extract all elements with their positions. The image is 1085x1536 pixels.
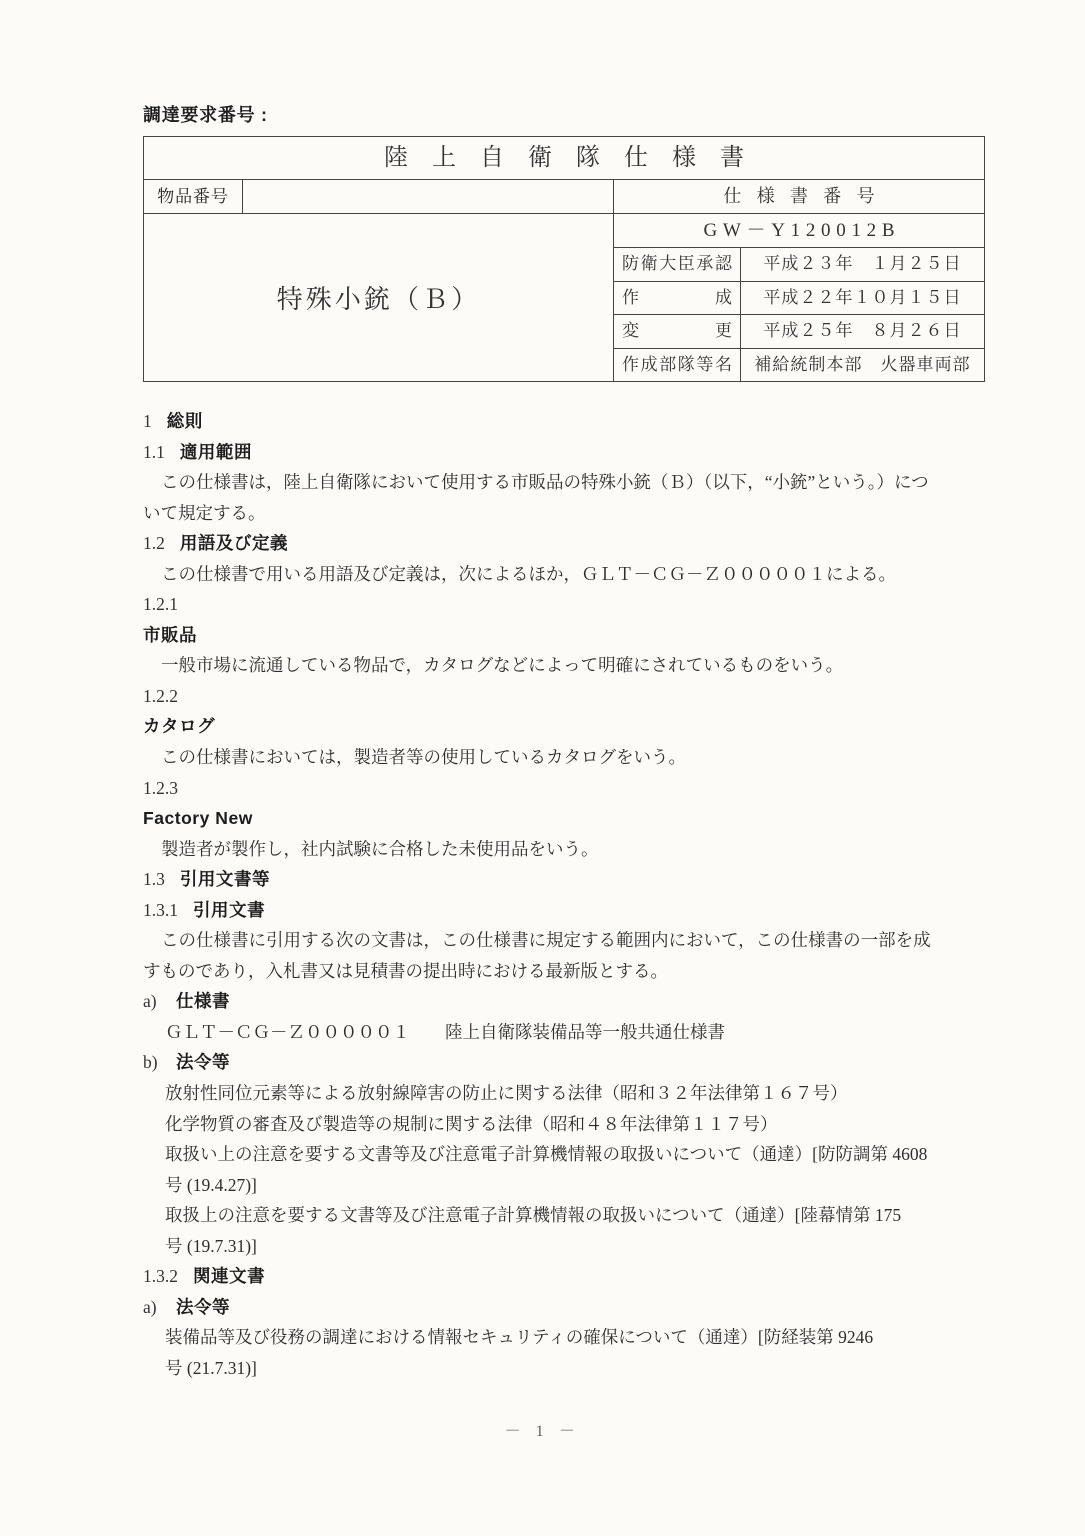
section-title: 用語及び定義 — [180, 533, 288, 553]
section-number: 1.2.3 — [143, 778, 178, 798]
reference-line: 号 (19.4.27)] — [143, 1170, 998, 1201]
document-title: 陸上自衛隊仕様書 — [144, 137, 984, 180]
section-title: 引用文書等 — [180, 869, 270, 889]
table-row-changed: 変更 平成２５年 ８月２６日 — [614, 315, 984, 349]
list-item-a-heading: a)仕様書 — [143, 986, 998, 1017]
section-number: 1.2.1 — [143, 594, 178, 614]
changed-label: 変更 — [614, 315, 741, 348]
reference-line: 装備品等及び役務の調達における情報セキュリティの確保について（通達）[防経装第 … — [143, 1322, 998, 1353]
section-heading-1-1: 1.1適用範囲 — [143, 437, 998, 468]
reference-line: 放射性同位元素等による放射線障害の防止に関する法律（昭和３２年法律第１６７号） — [143, 1078, 998, 1109]
section-number: 1.2.2 — [143, 686, 178, 706]
procurement-request-label: 調達要求番号 : — [143, 102, 1085, 128]
approval-label: 防衛大臣承認 — [614, 248, 741, 281]
table-row-created: 作成 平成２２年１０月１５日 — [614, 282, 984, 316]
spec-table-left: 物品番号 特殊小銃（Ｂ） — [144, 180, 614, 381]
body-line: この仕様書は，陸上自衛隊において使用する市販品の特殊小銃（Ｂ）（以下，“小銃”と… — [143, 467, 998, 498]
page-number: － 1 － — [0, 1418, 1085, 1441]
reference-line: 取扱上の注意を要する文書等及び注意電子計算機情報の取扱いについて（通達）[陸幕情… — [143, 1200, 998, 1231]
spec-header-table: 陸上自衛隊仕様書 物品番号 特殊小銃（Ｂ） 仕様書番号 GW－Y120012B … — [143, 136, 985, 382]
term-title: 市販品 — [143, 625, 197, 645]
spec-table-body: 物品番号 特殊小銃（Ｂ） 仕様書番号 GW－Y120012B 防衛大臣承認 平成… — [144, 180, 984, 381]
section-heading-1-2: 1.2用語及び定義 — [143, 528, 998, 559]
section-number-1-2-3: 1.2.3 — [143, 773, 998, 804]
list-marker: b) — [143, 1047, 176, 1078]
reference-line: 号 (21.7.31)] — [143, 1353, 998, 1384]
reference-line: 号 (19.7.31)] — [143, 1231, 998, 1262]
body-line: 製造者が製作し，社内試験に合格した未使用品をいう。 — [143, 834, 998, 865]
section-number-1-2-1: 1.2.1 — [143, 589, 998, 620]
body-line: いて規定する。 — [143, 498, 998, 529]
reference-line: 取扱い上の注意を要する文書等及び注意電子計算機情報の取扱いについて（通達）[防防… — [143, 1139, 998, 1170]
changed-date: 平成２５年 ８月２６日 — [741, 315, 984, 348]
section-heading-1: 1総則 — [143, 406, 998, 437]
section-title: 引用文書 — [193, 900, 265, 920]
section-heading-1-3: 1.3引用文書等 — [143, 864, 998, 895]
document-body: 1総則 1.1適用範囲 この仕様書は，陸上自衛隊において使用する市販品の特殊小銃… — [143, 406, 998, 1384]
table-row-unit: 作成部隊等名 補給統制本部 火器車両部 — [614, 349, 984, 382]
section-number: 1.1 — [143, 442, 165, 462]
term-heading: Factory New — [143, 803, 998, 834]
spec-table-right: 仕様書番号 GW－Y120012B 防衛大臣承認 平成２３年 １月２５日 作成 … — [614, 180, 984, 381]
section-number: 1.3 — [143, 869, 165, 889]
section-heading-1-3-1: 1.3.1引用文書 — [143, 895, 998, 926]
reference-line: 化学物質の審査及び製造等の規制に関する法律（昭和４８年法律第１１７号） — [143, 1109, 998, 1140]
section-title: 関連文書 — [193, 1266, 265, 1286]
body-line: この仕様書で用いる用語及び定義は，次によるほか，ＧＬＴ－ＣＧ－Ｚ０００００１によ… — [143, 559, 998, 590]
term-heading: カタログ — [143, 711, 998, 742]
item-number-label: 物品番号 — [144, 180, 243, 213]
item-number-row: 物品番号 — [144, 180, 613, 214]
table-row-approval: 防衛大臣承認 平成２３年 １月２５日 — [614, 248, 984, 282]
section-number: 1.3.1 — [143, 900, 178, 920]
reference-line: ＧＬＴ－ＣＧ－Ｚ０００００１ 陸上自衛隊装備品等一般共通仕様書 — [143, 1017, 998, 1048]
list-item-b-heading: b)法令等 — [143, 1047, 998, 1078]
unit-label: 作成部隊等名 — [614, 349, 741, 382]
list-marker: a) — [143, 986, 176, 1017]
term-heading: 市販品 — [143, 620, 998, 651]
body-line: すものであり，入札書又は見積書の提出時における最新版とする。 — [143, 956, 998, 987]
list-title: 法令等 — [176, 1297, 230, 1317]
body-line: この仕様書においては，製造者等の使用しているカタログをいう。 — [143, 742, 998, 773]
list-title: 法令等 — [176, 1052, 230, 1072]
spec-number-label: 仕様書番号 — [614, 180, 984, 214]
section-title: 総則 — [167, 411, 203, 431]
spec-number-value: GW－Y120012B — [614, 214, 984, 248]
unit-name: 補給統制本部 火器車両部 — [741, 349, 984, 382]
created-date: 平成２２年１０月１５日 — [741, 282, 984, 315]
body-line: 一般市場に流通している物品で，カタログなどによって明確にされているものをいう。 — [143, 650, 998, 681]
list-item-a-heading: a)法令等 — [143, 1292, 998, 1323]
created-label: 作成 — [614, 282, 741, 315]
list-marker: a) — [143, 1292, 176, 1323]
term-title: カタログ — [143, 716, 215, 736]
term-title: Factory New — [143, 808, 253, 828]
section-heading-1-3-2: 1.3.2関連文書 — [143, 1261, 998, 1292]
section-number: 1.3.2 — [143, 1266, 178, 1286]
item-number-value — [243, 180, 613, 213]
body-line: この仕様書に引用する次の文書は，この仕様書に規定する範囲内において，この仕様書の… — [143, 925, 998, 956]
approval-date: 平成２３年 １月２５日 — [741, 248, 984, 281]
section-number: 1.2 — [143, 533, 165, 553]
item-name: 特殊小銃（Ｂ） — [144, 214, 613, 381]
list-title: 仕様書 — [176, 991, 230, 1011]
section-title: 適用範囲 — [180, 442, 252, 462]
section-number-1-2-2: 1.2.2 — [143, 681, 998, 712]
section-number: 1 — [143, 411, 152, 431]
